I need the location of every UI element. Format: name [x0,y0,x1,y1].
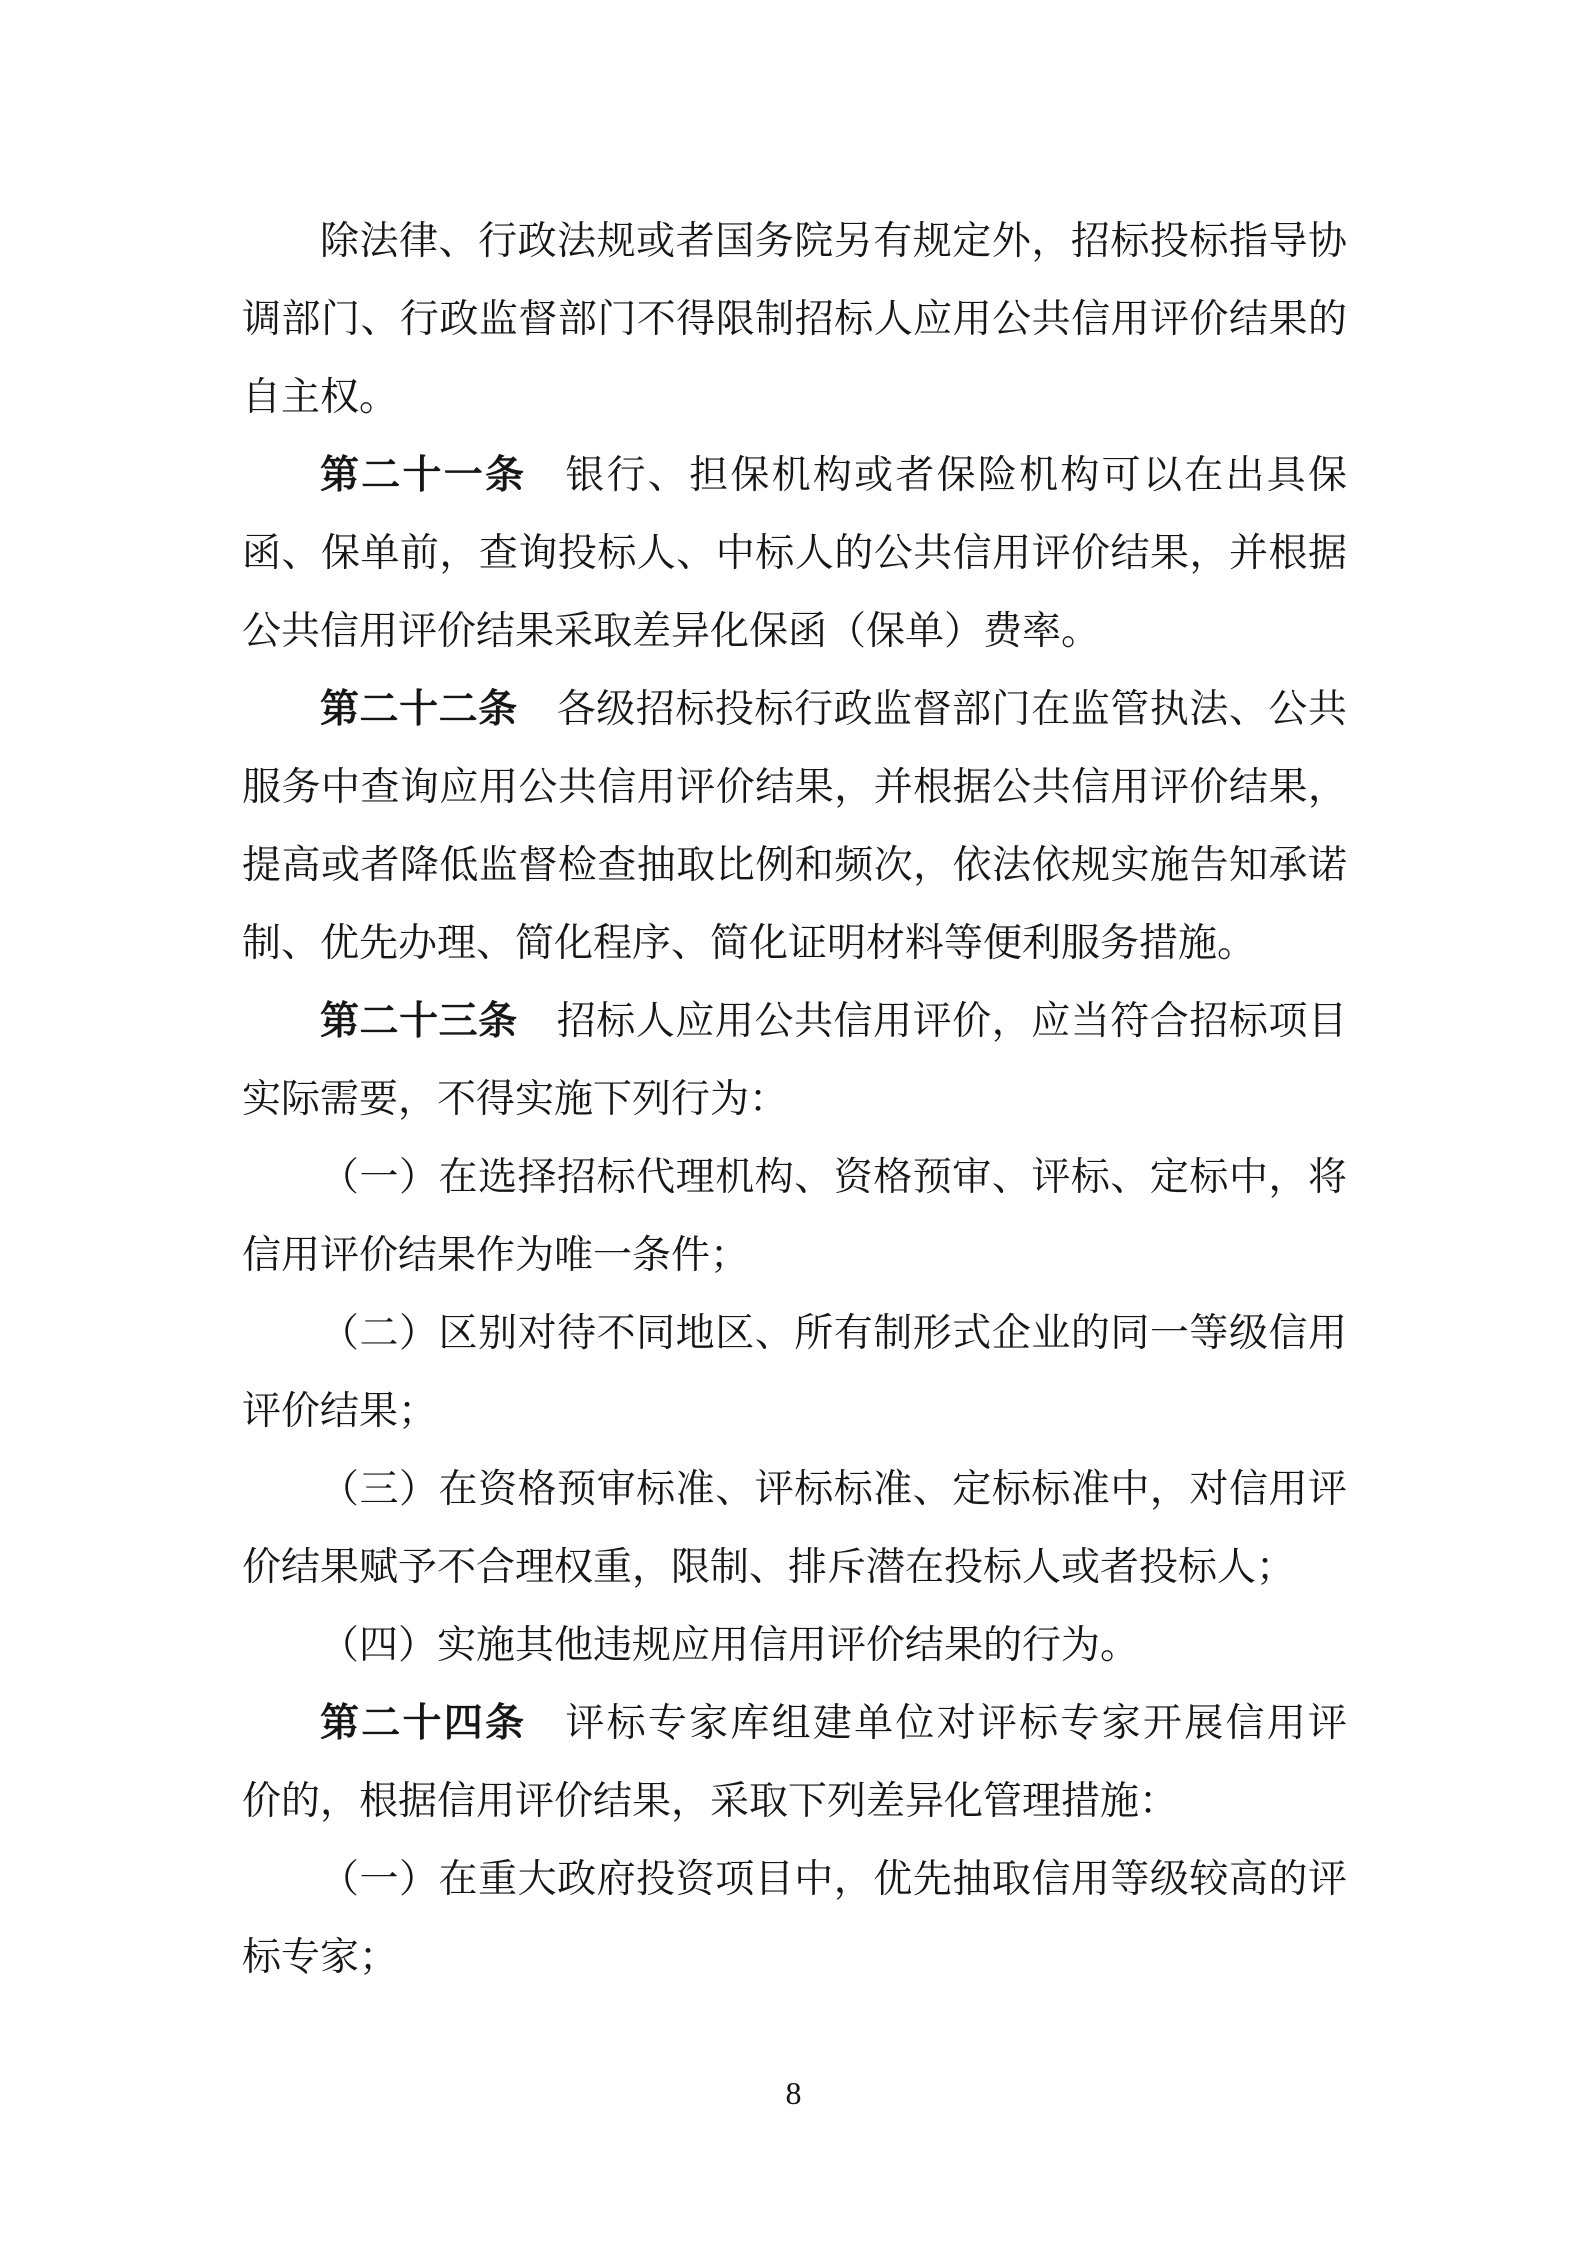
text-line: 除法律、行政法规或者国务院另有规定外，招标投标指导协 [242,203,1347,281]
text-line: 提高或者降低监督检查抽取比例和频次，依法依规实施告知承诺 [242,827,1347,905]
list-item-line: （二）区别对待不同地区、所有制形式企业的同一等级信用 [242,1295,1347,1373]
list-item-line: （四）实施其他违规应用信用评价结果的行为。 [242,1607,1347,1685]
text-block: 除法律、行政法规或者国务院另有规定外，招标投标指导协 调部门、行政监督部门不得限… [242,203,1347,1997]
article-heading-line: 第二十二条各级招标投标行政监督部门在监管执法、公共 [242,671,1347,749]
list-item-line: （三）在资格预审标准、评标标准、定标标准中，对信用评 [242,1451,1347,1529]
list-item-line: （一）在重大政府投资项目中，优先抽取信用等级较高的评 [242,1841,1347,1919]
article-number-bold: 第二十二条 [320,688,518,731]
text-line: 制、优先办理、简化程序、简化证明材料等便利服务措施。 [242,905,1347,983]
list-item-line: （一）在选择招标代理机构、资格预审、评标、定标中，将 [242,1139,1347,1217]
article-number-bold: 第二十一条 [320,454,526,497]
document-page: 除法律、行政法规或者国务院另有规定外，招标投标指导协 调部门、行政监督部门不得限… [0,0,1587,2245]
text-line: 信用评价结果作为唯一条件； [242,1217,1347,1295]
article-heading-line: 第二十四条评标专家库组建单位对评标专家开展信用评 [242,1685,1347,1763]
article-heading-line: 第二十三条招标人应用公共信用评价，应当符合招标项目 [242,983,1347,1061]
page-number: 8 [0,2073,1587,2113]
text-line: 函、保单前，查询投标人、中标人的公共信用评价结果，并根据 [242,515,1347,593]
article-number-bold: 第二十四条 [320,1702,526,1745]
text-line: 调部门、行政监督部门不得限制招标人应用公共信用评价结果的 [242,281,1347,359]
text-line: 评价结果； [242,1373,1347,1451]
article-number-bold: 第二十三条 [320,1000,518,1043]
text-line: 价结果赋予不合理权重，限制、排斥潜在投标人或者投标人； [242,1529,1347,1607]
article-heading-line: 第二十一条银行、担保机构或者保险机构可以在出具保 [242,437,1347,515]
text-line: 实际需要，不得实施下列行为： [242,1061,1347,1139]
text-line: 公共信用评价结果采取差异化保函（保单）费率。 [242,593,1347,671]
text-line: 服务中查询应用公共信用评价结果，并根据公共信用评价结果， [242,749,1347,827]
text-line: 自主权。 [242,359,1347,437]
text-line: 标专家； [242,1919,1347,1997]
text-line: 价的，根据信用评价结果，采取下列差异化管理措施： [242,1763,1347,1841]
